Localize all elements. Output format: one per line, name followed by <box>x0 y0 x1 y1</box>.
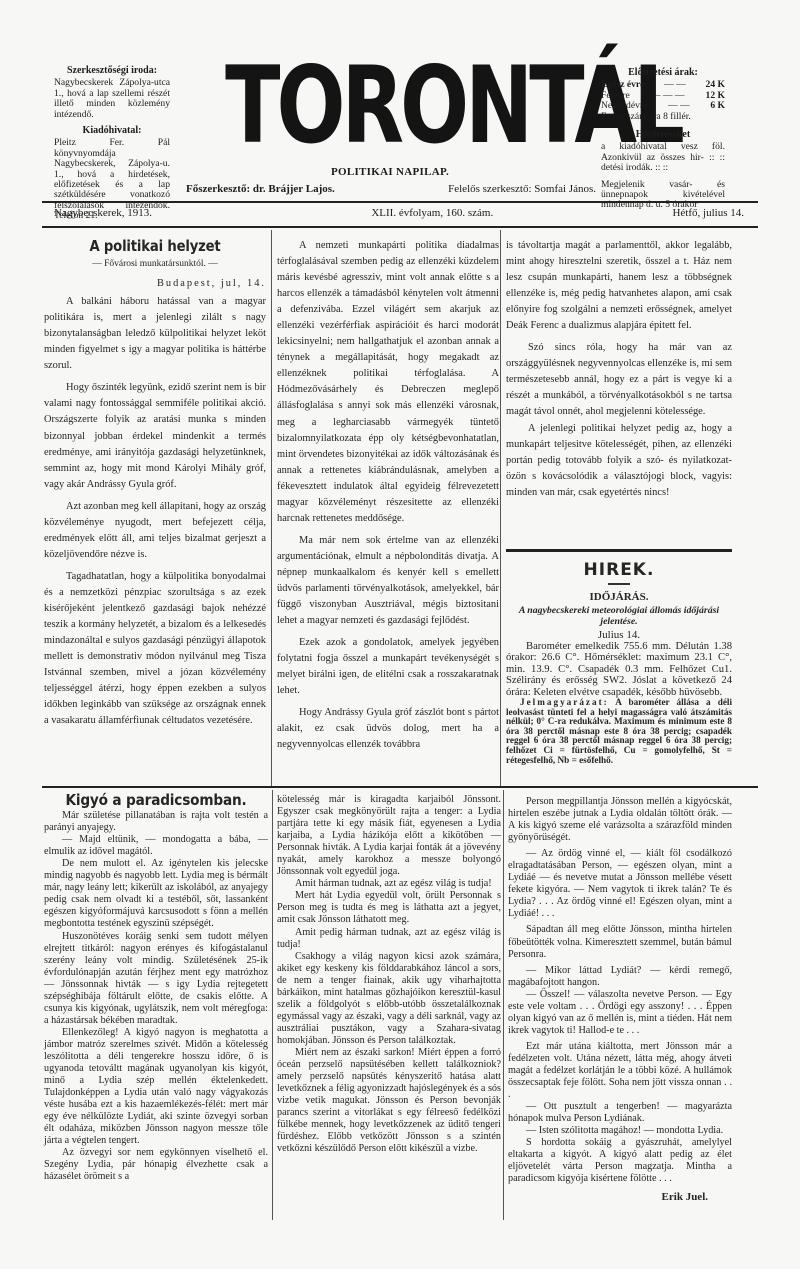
paragraph: — Ősszel! — válaszolta nevetve Person. —… <box>508 989 732 1037</box>
weather-report: Barométer emelkedik 755.6 mm. Délután 1.… <box>506 641 732 698</box>
politics-article-column-3: is távoltartja magát a parlamenttől, akk… <box>506 238 732 501</box>
ads-text: a kiadóhivatal vesz föl. Azonkivül az ös… <box>601 142 725 173</box>
paragraph: Csakhogy a világ nagyon kicsi azok számá… <box>277 951 501 1047</box>
weather-legend: Jelmagyarázat: A barométer állása a déli… <box>506 698 732 765</box>
paragraph: Tagadhatatlan, hogy a külpolitika bonyod… <box>44 569 266 729</box>
prices-heading: Előfizetési árak: <box>601 68 725 78</box>
politics-article-column-1: A politikai helyzet — Fővárosi munkatárs… <box>44 238 266 729</box>
paragraph: — Isten szólitotta magához! — mondotta L… <box>508 1125 732 1137</box>
place-year: Nagybecskerek, 1913. <box>54 207 152 219</box>
paragraph: Hogy Andrássy Gyula gróf zászlót bont s … <box>277 705 499 753</box>
news-section-title: HIREK. <box>506 560 732 580</box>
weather-subtitle: A nagybecskereki meteorológiai állomás i… <box>506 605 732 627</box>
paragraph: Miért nem az északi sarkon! Miért éppen … <box>277 1047 501 1155</box>
paragraph: Amit hárman tudnak, azt az egész világ i… <box>277 878 501 890</box>
newspaper-subtitle: POLITIKAI NAPILAP. <box>180 166 600 178</box>
office-heading: Szerkesztőségi iroda: <box>54 66 170 76</box>
paragraph: Amit pedig hárman tudnak, azt az egész v… <box>277 927 501 951</box>
section-divider <box>506 549 732 552</box>
story-column-1: Kigyó a paradicsomban. Már születése pil… <box>44 794 268 1184</box>
chief-editor: Főszerkesztő: dr. Brájjer Lajos. <box>186 183 335 195</box>
paragraph: Mert hát Lydia egyedül volt, örült Perso… <box>277 890 501 926</box>
subscription-box: Előfizetési árak: Egész évre — — 24 K Fé… <box>601 68 725 217</box>
column-divider <box>503 790 504 1220</box>
paragraph: Azt azonban meg kell állapitani, hogy az… <box>44 499 266 563</box>
paragraph: A nemzeti munkapárti politika diadalmas … <box>277 238 499 527</box>
article-place-date: Budapest, jul, 14. <box>44 276 266 292</box>
paragraph: A balkáni háboru hatással van a magyar p… <box>44 294 266 374</box>
day-date: Hétfő, julius 14. <box>672 207 744 219</box>
politics-article-column-2: A nemzeti munkapárti politika diadalmas … <box>277 238 499 753</box>
story-author: Erik Juel. <box>508 1191 732 1203</box>
divider <box>42 201 758 203</box>
paragraph: — Az ördög vinné el, — kiált föl csodálk… <box>508 848 732 920</box>
editorial-office-box: Szerkesztőségi iroda: Nagybecskerek Zápo… <box>54 66 170 228</box>
weather-title: IDŐJÁRÁS. <box>506 591 732 603</box>
single-issue-price: Egyes szám ára 8 fillér. <box>601 112 725 122</box>
paragraph: Már születése pillanatában is rajta volt… <box>44 810 268 834</box>
section-divider <box>42 786 758 788</box>
dateline: Nagybecskerek, 1913. XLII. évfolyam, 160… <box>54 207 744 219</box>
column-divider <box>500 230 501 786</box>
legend-text: A barométer állása a déli leolvasást tün… <box>506 697 732 765</box>
story-column-2: kötelesség már is kiragadta karjaiból Jö… <box>277 794 501 1155</box>
paragraph: Ma már nem sok értelme van az ellenzéki … <box>277 533 499 629</box>
article-title: A politikai helyzet <box>57 238 252 254</box>
column-divider <box>271 230 272 786</box>
story-column-3: Person megpillantja Jönsson mellén a kig… <box>508 796 732 1204</box>
news-section: HIREK. IDŐJÁRÁS. A nagybecskereki meteor… <box>506 560 732 765</box>
paragraph: — Majd eltünik, — mondogatta a bába, — e… <box>44 834 268 858</box>
weather-report-text: Barométer emelkedik 755.6 mm. Délután 1.… <box>506 641 732 698</box>
story-title: Kigyó a paradicsomban. <box>57 794 254 806</box>
paragraph: De nem mulott el. Az igénytelen kis jele… <box>44 858 268 930</box>
newspaper-title: TORONTÁL <box>225 52 545 158</box>
divider <box>42 226 758 228</box>
paragraph: Huszonötéves koráig senki sem tudott mél… <box>44 931 268 1027</box>
divider <box>608 583 630 585</box>
paragraph: Person megpillantja Jönsson mellén a kig… <box>508 796 732 844</box>
price-value: 6 K <box>710 101 725 111</box>
paragraph: Hogy őszinték legyünk, ezidő szerint nem… <box>44 380 266 492</box>
paragraph: A jelenlegi politikai helyzet pedig az, … <box>506 421 732 501</box>
newspaper-page: Szerkesztőségi iroda: Nagybecskerek Zápo… <box>0 0 800 1269</box>
responsible-editor: Felelős szerkesztő: Somfai János. <box>448 183 596 195</box>
publisher-heading: Kiadóhivatal: <box>54 126 170 136</box>
paragraph: Az özvegyi sor nem egykönnyen viselhető … <box>44 1147 268 1183</box>
paragraph: Szó sincs róla, hogy ha már van az orszá… <box>506 340 732 420</box>
paragraph: — Ott pusztult a tengerben! — magyarázta… <box>508 1101 732 1125</box>
paragraph: S hordotta sokáig a gyászruhát, amelylye… <box>508 1137 732 1185</box>
paragraph: Ezek azok a gondolatok, amelyek jegyében… <box>277 635 499 699</box>
volume-issue: XLII. évfolyam, 160. szám. <box>371 207 493 219</box>
weather-date: Julius 14. <box>506 629 732 641</box>
paragraph: — Mikor láttad Lydiát? — kérdi remegő, m… <box>508 965 732 989</box>
ads-heading: Hirdetéseket <box>601 130 725 140</box>
office-text: Nagybecskerek Zápolya-utca 1., hová a la… <box>54 78 170 120</box>
paragraph: Sápadtan áll meg előtte Jönsson, mintha … <box>508 924 732 960</box>
editors-line: Főszerkesztő: dr. Brájjer Lajos. Felelős… <box>186 183 596 195</box>
paragraph: kötelesség már is kiragadta karjaiból Jö… <box>277 794 501 878</box>
legend-label: Jelmagyarázat: <box>520 697 609 707</box>
paragraph: Ellenkezőleg! A kigyó nagyon is meghatot… <box>44 1027 268 1147</box>
paragraph: Ezt már utána kiáltotta, mert Jönsson má… <box>508 1041 732 1101</box>
article-byline: — Fővárosi munkatársunktól. — <box>44 256 266 272</box>
paragraph: is távoltartja magát a parlamenttől, akk… <box>506 238 732 334</box>
column-divider <box>272 790 273 1220</box>
